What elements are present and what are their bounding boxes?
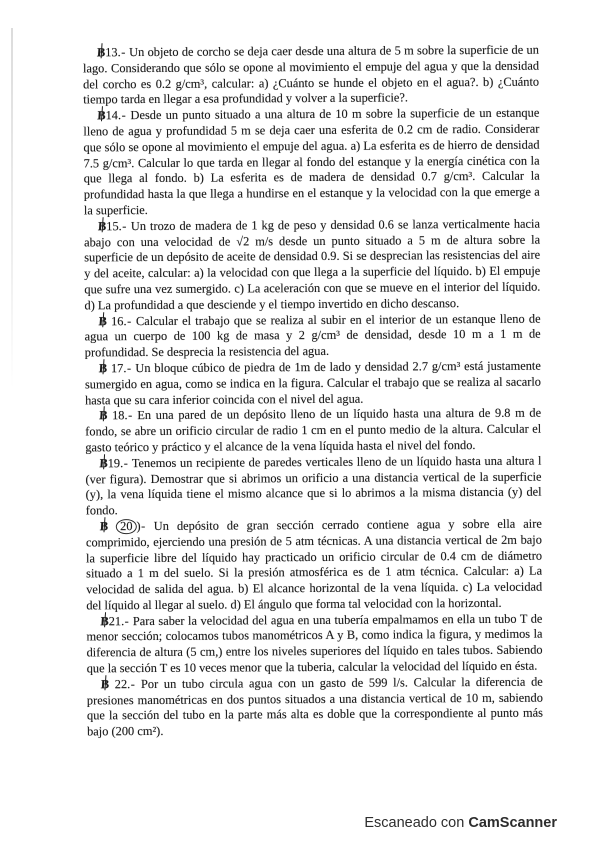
stroked-b-bullet-icon: B bbox=[99, 519, 108, 535]
stroked-b-bullet-icon: B bbox=[96, 45, 105, 61]
scan-fold-artifact bbox=[11, 28, 13, 388]
stroked-b-bullet-icon: B bbox=[97, 219, 106, 235]
footer-prefix: Escaneado con bbox=[364, 815, 464, 831]
problem-paragraph: B 22.- Por un tubo circula agua con un g… bbox=[87, 674, 543, 740]
problem-text: Para saber la velocidad del agua en una … bbox=[86, 611, 542, 675]
problem-number: 22 bbox=[115, 677, 127, 693]
problem-number: 13 bbox=[105, 45, 117, 61]
footer-brand: CamScanner bbox=[468, 815, 557, 831]
problem-text: Por un tubo circula agua con un gasto de… bbox=[87, 674, 543, 738]
problem-text: Un objeto de corcho se deja caer desde u… bbox=[83, 43, 539, 107]
problem-text: Desde un punto situado a una altura de 1… bbox=[83, 106, 539, 218]
problem-text: Un depósito de gran sección cerrado cont… bbox=[86, 517, 542, 613]
camscanner-footer: Escaneado con CamScanner bbox=[0, 815, 557, 831]
problem-number-separator: .- bbox=[119, 219, 127, 233]
problem-text: Un trozo de madera de 1 kg de peso y den… bbox=[84, 216, 540, 312]
problem-text: Calcular el trabajo que se realiza al su… bbox=[85, 311, 541, 359]
problem-number: 20 bbox=[116, 519, 136, 534]
stroked-b-bullet-icon: B bbox=[100, 677, 109, 693]
problem-text: En una pared de un depósito lleno de un … bbox=[85, 406, 541, 454]
problem-text: Un bloque cúbico de piedra de 1m de lado… bbox=[85, 359, 541, 407]
stroked-b-bullet-icon: B bbox=[98, 361, 107, 377]
problem-paragraph: B14.- Desde un punto situado a una altur… bbox=[83, 106, 540, 219]
stroked-b-bullet-icon: B bbox=[99, 456, 108, 472]
problem-paragraph: B19.- Tenemos un recipiente de paredes v… bbox=[85, 453, 541, 519]
problem-number-separator: .- bbox=[123, 314, 131, 328]
problem-number: 19 bbox=[108, 456, 120, 472]
problems-list: B13.- Un objeto de corcho se deja caer d… bbox=[83, 43, 543, 741]
scanned-document-page: B13.- Un objeto de corcho se deja caer d… bbox=[0, 0, 599, 848]
stroked-b-bullet-icon: B bbox=[97, 108, 106, 124]
problem-number-separator: .- bbox=[123, 361, 131, 375]
problem-paragraph: B 18.- En una pared de un depósito lleno… bbox=[85, 406, 541, 456]
stroked-b-bullet-icon: B bbox=[99, 409, 108, 425]
problem-number-separator: .- bbox=[120, 456, 128, 470]
problem-number: 14 bbox=[106, 108, 118, 124]
problem-number-separator: .- bbox=[124, 408, 132, 422]
problem-paragraph: B 20)- Un depósito de gran sección cerra… bbox=[86, 517, 543, 615]
stroked-b-bullet-icon: B bbox=[98, 314, 107, 330]
problem-number: 21 bbox=[109, 614, 121, 630]
problem-number: 17 bbox=[111, 361, 123, 377]
problem-paragraph: B 17.- Un bloque cúbico de piedra de 1m … bbox=[85, 359, 541, 409]
problem-paragraph: B 16.- Calcular el trabajo que se realiz… bbox=[85, 311, 541, 361]
problem-number: 15 bbox=[106, 219, 118, 235]
problem-number-separator: .- bbox=[127, 677, 135, 691]
problem-number-separator: .- bbox=[121, 614, 129, 628]
problem-number-separator: )- bbox=[136, 519, 145, 533]
bullet-gap bbox=[108, 519, 116, 533]
problem-number-separator: .- bbox=[118, 45, 126, 59]
problem-number: 18 bbox=[112, 408, 124, 424]
problem-number-separator: .- bbox=[118, 108, 126, 122]
problem-paragraph: B13.- Un objeto de corcho se deja caer d… bbox=[83, 43, 539, 109]
problem-number: 16 bbox=[111, 314, 123, 330]
problem-text: Tenemos un recipiente de paredes vertica… bbox=[85, 453, 541, 517]
problem-paragraph: B15.- Un trozo de madera de 1 kg de peso… bbox=[84, 216, 541, 314]
problem-paragraph: B21.- Para saber la velocidad del agua e… bbox=[86, 611, 542, 677]
stroked-b-bullet-icon: B bbox=[100, 614, 109, 630]
